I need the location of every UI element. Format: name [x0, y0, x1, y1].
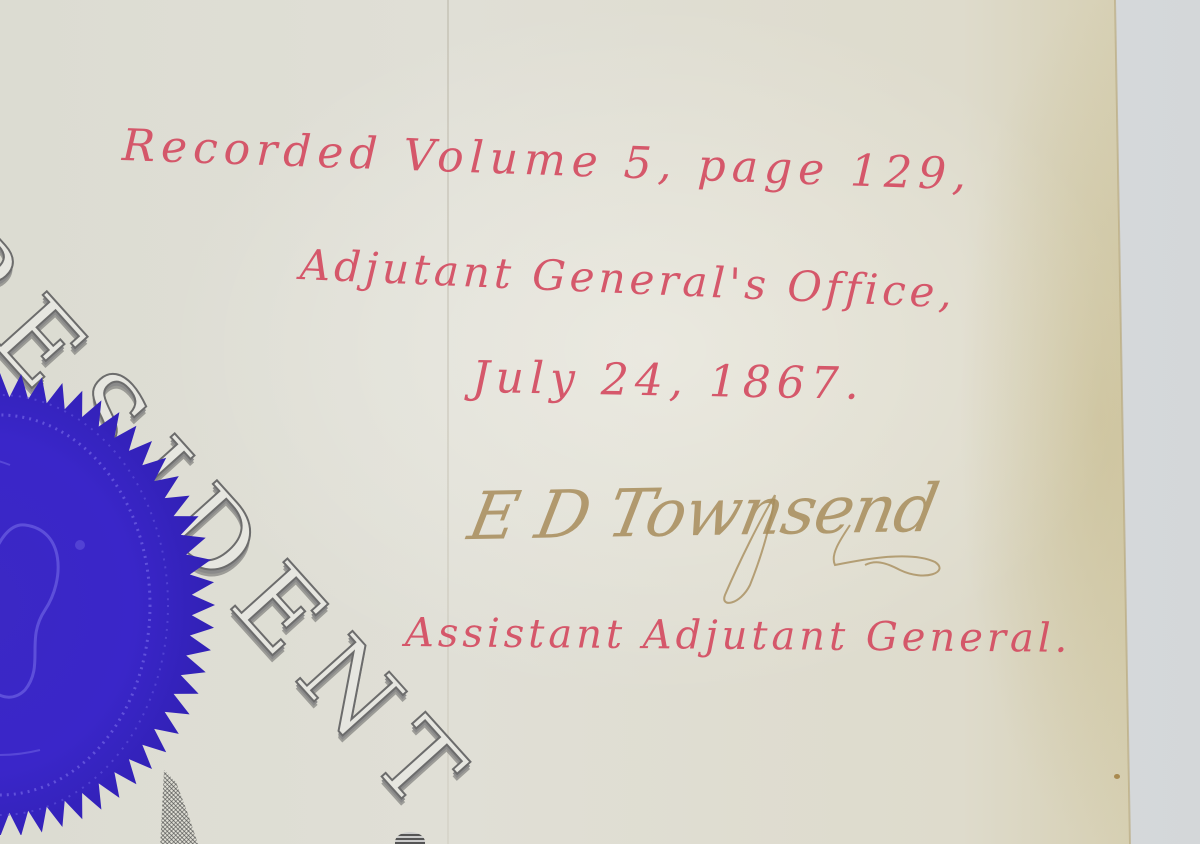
- blue-seal-icon: [0, 355, 220, 835]
- signer-title: Assistant Adjutant General.: [405, 610, 1072, 662]
- annotation-recorded-line: Recorded Volume 5, page 129,: [121, 120, 973, 201]
- document-paper: PRESIDENT Recorded Volume 5, page 129, A…: [0, 0, 1130, 844]
- signature-flourish-icon: [700, 490, 950, 610]
- annotation-office-line: Adjutant General's Office,: [299, 240, 957, 318]
- paper-stain: [1114, 774, 1120, 779]
- annotation-date-line: July 24, 1867.: [472, 352, 866, 410]
